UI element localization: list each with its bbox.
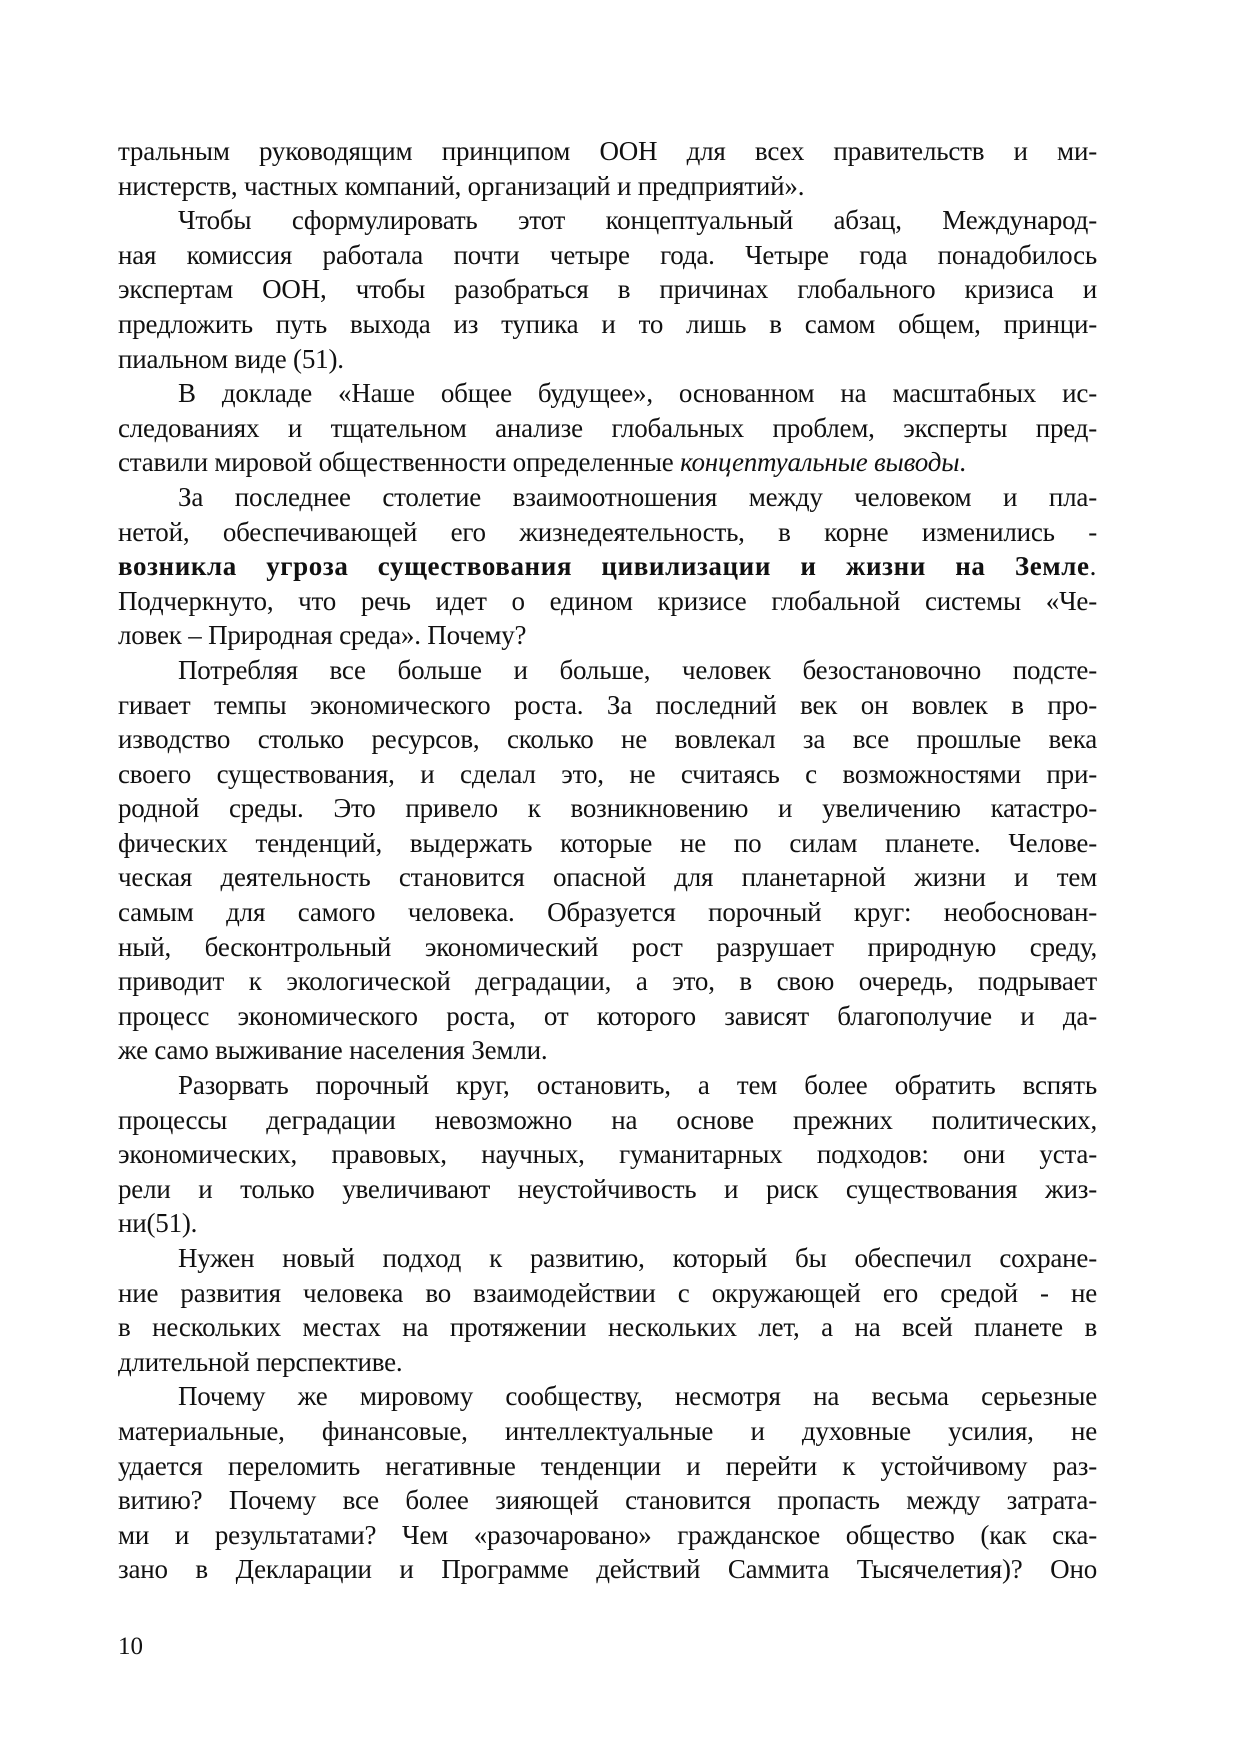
- text-line: ный, бесконтрольный экономический рост р…: [118, 930, 1097, 965]
- text-line: тральным руководящим принципом ООН для в…: [118, 134, 1097, 169]
- text-line: нетой, обеспечивающей его жизнедеятельно…: [118, 515, 1097, 550]
- text-line: удается переломить негативные тенденции …: [118, 1449, 1097, 1484]
- italic-emphasis: концептуальные выводы: [680, 447, 959, 477]
- text-line: витию? Почему все более зияющей становит…: [118, 1483, 1097, 1518]
- punctuation: .: [1090, 551, 1097, 581]
- paragraph: Разорвать порочный круг, остановить, а т…: [118, 1068, 1097, 1241]
- text-line: длительной перспективе.: [118, 1345, 1097, 1380]
- text-line: Почему же мировому сообществу, несмотря …: [118, 1379, 1097, 1414]
- text-line: изводство столько ресурсов, сколько не в…: [118, 722, 1097, 757]
- text-line: предложить путь выхода из тупика и то ли…: [118, 307, 1097, 342]
- text-line: самым для самого человека. Образуется по…: [118, 895, 1097, 930]
- text-line: ловек – Природная среда». Почему?: [118, 618, 1097, 653]
- text-line: За последнее столетие взаимоотношения ме…: [118, 480, 1097, 515]
- paragraph: Нужен новый подход к развитию, который б…: [118, 1241, 1097, 1379]
- text-line: В докладе «Наше общее будущее», основанн…: [118, 376, 1097, 411]
- bold-emphasis: возникла угроза существования цивилизаци…: [118, 551, 1090, 581]
- paragraph: Почему же мировому сообществу, несмотря …: [118, 1379, 1097, 1587]
- text-line: ческая деятельность становится опасной д…: [118, 860, 1097, 895]
- text-line: экспертам ООН, чтобы разобраться в причи…: [118, 272, 1097, 307]
- paragraph: тральным руководящим принципом ООН для в…: [118, 134, 1097, 203]
- text-line: ние развития человека во взаимодействии …: [118, 1276, 1097, 1311]
- text-line: своего существования, и сделал это, не с…: [118, 757, 1097, 792]
- paragraph: В докладе «Наше общее будущее», основанн…: [118, 376, 1097, 480]
- text-line: возникла угроза существования цивилизаци…: [118, 549, 1097, 584]
- text-line: ни(51).: [118, 1206, 1097, 1241]
- text-line: нистерств, частных компаний, организаций…: [118, 169, 1097, 204]
- punctuation: .: [959, 447, 966, 477]
- text-line: процессы деградации невозможно на основе…: [118, 1103, 1097, 1138]
- text-line: ми и результатами? Чем «разочаровано» гр…: [118, 1518, 1097, 1553]
- document-page: тральным руководящим принципом ООН для в…: [0, 0, 1240, 1754]
- text-run: ставили мировой общественности определен…: [118, 447, 680, 477]
- paragraph: Чтобы сформулировать этот концептуальный…: [118, 203, 1097, 376]
- text-line: ная комиссия работала почти четыре года.…: [118, 238, 1097, 273]
- text-line: зано в Декларации и Программе действий С…: [118, 1552, 1097, 1587]
- paragraph: За последнее столетие взаимоотношения ме…: [118, 480, 1097, 653]
- text-line: ставили мировой общественности определен…: [118, 445, 1097, 480]
- text-line: экономических, правовых, научных, гумани…: [118, 1137, 1097, 1172]
- text-line: родной среды. Это привело к возникновени…: [118, 791, 1097, 826]
- text-line: Нужен новый подход к развитию, который б…: [118, 1241, 1097, 1276]
- text-line: Чтобы сформулировать этот концептуальный…: [118, 203, 1097, 238]
- text-line: материальные, финансовые, интеллектуальн…: [118, 1414, 1097, 1449]
- text-line: Потребляя все больше и больше, человек б…: [118, 653, 1097, 688]
- text-line: гивает темпы экономического роста. За по…: [118, 688, 1097, 723]
- text-line: процесс экономического роста, от которог…: [118, 999, 1097, 1034]
- text-line: в нескольких местах на протяжении нескол…: [118, 1310, 1097, 1345]
- body-text: тральным руководящим принципом ООН для в…: [118, 134, 1097, 1587]
- text-line: следованиях и тщательном анализе глобаль…: [118, 411, 1097, 446]
- text-line: Подчеркнуто, что речь идет о едином криз…: [118, 584, 1097, 619]
- text-line: пиальном виде (51).: [118, 342, 1097, 377]
- text-line: фических тенденций, выдержать которые не…: [118, 826, 1097, 861]
- text-line: приводит к экологической деградации, а э…: [118, 964, 1097, 999]
- text-line: же само выживание населения Земли.: [118, 1033, 1097, 1068]
- text-line: Разорвать порочный круг, остановить, а т…: [118, 1068, 1097, 1103]
- paragraph: Потребляя все больше и больше, человек б…: [118, 653, 1097, 1068]
- text-line: рели и только увеличивают неустойчивость…: [118, 1172, 1097, 1207]
- page-number: 10: [118, 1633, 143, 1661]
